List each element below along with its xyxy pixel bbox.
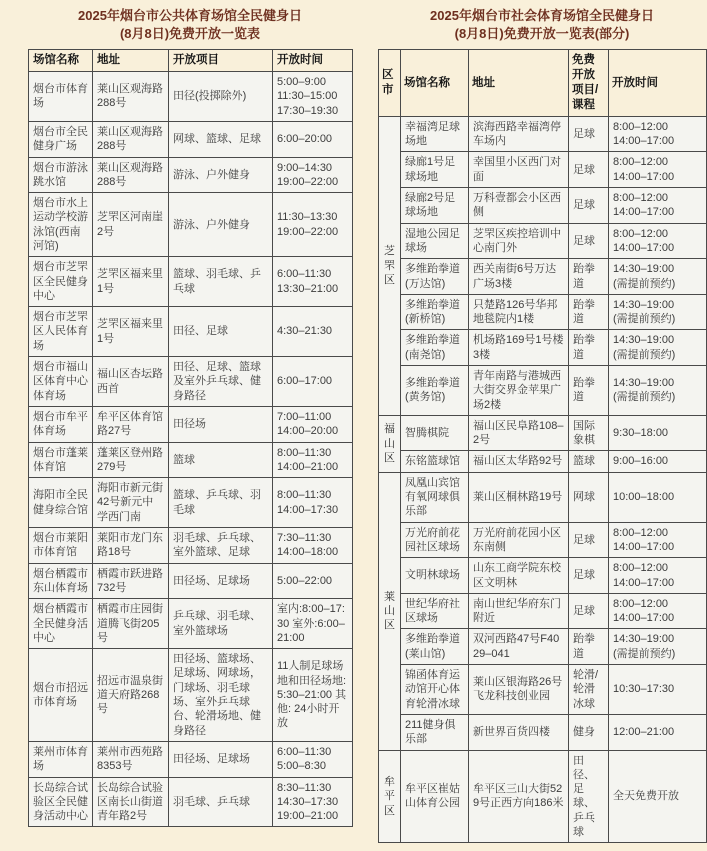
table-cell: 乒乓球、羽毛球、室外篮球场	[169, 599, 273, 649]
table-cell: 凤凰山宾馆有氧网球俱乐部	[401, 472, 469, 522]
table-row: 湿地公园足球场芝罘区疾控培训中心南门外足球8:00–12:00 14:00–17…	[379, 223, 707, 259]
table-cell: 篮球	[169, 442, 273, 478]
table-cell: 烟台栖霞市全民健身活中心	[29, 599, 93, 649]
table-cell: 烟台市水上运动学校游泳馆(西南河馆)	[29, 193, 93, 257]
social-venues-title-line1: 2025年烟台市社会体育场馆全民健身日	[378, 7, 706, 25]
table-cell: 双河西路47号F4029–041	[469, 629, 569, 665]
table-row: 烟台市体育场莱山区观海路288号田径(投掷除外)5:00–9:00 11:30–…	[29, 72, 353, 122]
table-cell: 田径场	[169, 406, 273, 442]
table-row: 绿廊1号足球场地幸国里小区西门对面足球8:00–12:00 14:00–17:0…	[379, 152, 707, 188]
table-cell: 万科壹都会小区西侧	[469, 188, 569, 224]
table-cell: 海阳市全民健身综合馆	[29, 478, 93, 528]
public-venues-title: 2025年烟台市公共体育场馆全民健身日 (8月8日)免费开放一览表	[28, 7, 352, 42]
table-row: 烟台市全民健身广场莱山区观海路288号网球、篮球、足球6:00–20:00	[29, 121, 353, 157]
table-cell: 新世界百货四楼	[469, 714, 569, 750]
table-row: 烟台市莱阳市体育馆莱阳市龙门东路18号羽毛球、乒乓球、室外篮球、足球7:30–1…	[29, 528, 353, 564]
table-cell: 只楚路126号华邦地毯院内1楼	[469, 294, 569, 330]
table-cell: 烟台市蓬莱体育馆	[29, 442, 93, 478]
table-cell: 莱山区观海路288号	[93, 121, 169, 157]
table-cell: 5:00–22:00	[273, 563, 353, 599]
table-cell: 游泳、户外健身	[169, 157, 273, 193]
table-cell: 田径场、足球场	[169, 563, 273, 599]
table-row: 东铭篮球馆福山区太华路92号篮球9:00–16:00	[379, 451, 707, 472]
table-cell: 14:30–19:00 (需提前预约)	[609, 294, 707, 330]
table-row: 长岛综合试验区全民健身活动中心长岛综合试验区南长山街道青年路2号羽毛球、乒乓球8…	[29, 777, 353, 827]
table-cell: 莱山区银海路26号飞龙科技创业园	[469, 665, 569, 715]
district-label: 芝罘区	[379, 116, 401, 415]
table-cell: 万光府前花园社区球场	[401, 522, 469, 558]
table-cell: 国际象棋	[569, 415, 609, 451]
table-cell: 网球、篮球、足球	[169, 121, 273, 157]
table-row: 莱山区凤凰山宾馆有氧网球俱乐部莱山区桐林路19号网球10:00–18:00	[379, 472, 707, 522]
column-header-address: 地址	[93, 50, 169, 72]
table-cell: 9:00–16:00	[609, 451, 707, 472]
table-cell: 多维跆拳道(黄务馆)	[401, 366, 469, 416]
column-header-venue: 场馆名称	[29, 50, 93, 72]
table-cell: 多维跆拳道(新桥馆)	[401, 294, 469, 330]
table-cell: 7:30–11:30 14:00–18:00	[273, 528, 353, 564]
table-cell: 8:00–12:00 14:00–17:00	[609, 116, 707, 152]
table-cell: 14:30–19:00 (需提前预约)	[609, 330, 707, 366]
table-cell: 智腾棋院	[401, 415, 469, 451]
table-cell: 莱山区桐林路19号	[469, 472, 569, 522]
district-label: 福山区	[379, 415, 401, 472]
table-cell: 游泳、户外健身	[169, 193, 273, 257]
table-cell: 羽毛球、乒乓球、室外篮球、足球	[169, 528, 273, 564]
table-cell: 湿地公园足球场	[401, 223, 469, 259]
table-cell: 烟台市莱阳市体育馆	[29, 528, 93, 564]
table-cell: 足球	[569, 223, 609, 259]
table-cell: 芝罘区疾控培训中心南门外	[469, 223, 569, 259]
table-row: 烟台市蓬莱体育馆蓬莱区登州路279号篮球8:00–11:30 14:00–21:…	[29, 442, 353, 478]
table-cell: 西关南街6号万达广场3楼	[469, 259, 569, 295]
table-header-row: 场馆名称 地址 开放项目 开放时间	[29, 50, 353, 72]
social-venues-panel: 2025年烟台市社会体育场馆全民健身日 (8月8日)免费开放一览表(部分) 区市…	[378, 5, 706, 843]
table-row: 烟台市福山区体育中心体育场福山区杏坛路西首田径、足球、篮球及室外乒乓球、健身路径…	[29, 357, 353, 407]
table-cell: 烟台市游泳跳水馆	[29, 157, 93, 193]
table-cell: 幸国里小区西门对面	[469, 152, 569, 188]
table-cell: 幸福湾足球场地	[401, 116, 469, 152]
column-header-items: 开放项目	[169, 50, 273, 72]
column-header-venue: 场馆名称	[401, 50, 469, 117]
table-cell: 招远市温泉街道天府路268号	[93, 649, 169, 742]
table-cell: 栖霞市庄园街道腾飞街205号	[93, 599, 169, 649]
table-row: 多维跆拳道(莱山馆)双河西路47号F4029–041跆拳道14:30–19:00…	[379, 629, 707, 665]
table-cell: 篮球、羽毛球、乒乓球	[169, 257, 273, 307]
table-cell: 田径、足球、篮球及室外乒乓球、健身路径	[169, 357, 273, 407]
table-row: 烟台市牟平体育场牟平区体育馆路27号田径场7:00–11:00 14:00–20…	[29, 406, 353, 442]
table-cell: 10:00–18:00	[609, 472, 707, 522]
social-venues-title: 2025年烟台市社会体育场馆全民健身日 (8月8日)免费开放一览表(部分)	[378, 7, 706, 42]
table-cell: 田径、足球	[169, 307, 273, 357]
public-venues-panel: 2025年烟台市公共体育场馆全民健身日 (8月8日)免费开放一览表 场馆名称 地…	[28, 5, 352, 827]
column-header-items: 免费开放项目/课程	[569, 50, 609, 117]
table-cell: 6:00–11:30 5:00–8:30	[273, 741, 353, 777]
table-cell: 211健身俱乐部	[401, 714, 469, 750]
table-cell: 8:00–12:00 14:00–17:00	[609, 593, 707, 629]
table-cell: 轮滑/轮滑冰球	[569, 665, 609, 715]
table-cell: 烟台市福山区体育中心体育场	[29, 357, 93, 407]
table-cell: 世纪华府社区球场	[401, 593, 469, 629]
table-cell: 机场路169号1号楼3楼	[469, 330, 569, 366]
table-cell: 足球	[569, 593, 609, 629]
table-cell: 莱山区观海路288号	[93, 72, 169, 122]
table-cell: 芝罘区福来里1号	[93, 307, 169, 357]
table-cell: 芝罘区河南崖2号	[93, 193, 169, 257]
table-cell: 足球	[569, 116, 609, 152]
table-cell: 牟平区体育馆路27号	[93, 406, 169, 442]
table-cell: 跆拳道	[569, 294, 609, 330]
table-cell: 5:00–9:00 11:30–15:00 17:30–19:30	[273, 72, 353, 122]
table-cell: 南山世纪华府东门附近	[469, 593, 569, 629]
table-row: 海阳市全民健身综合馆海阳市新元街42号新元中学西门南篮球、乒乓球、羽毛球8:00…	[29, 478, 353, 528]
table-cell: 8:00–11:30 14:00–17:30	[273, 478, 353, 528]
table-cell: 烟台市招远市体育场	[29, 649, 93, 742]
table-row: 福山区智腾棋院福山区民阜路108–2号国际象棋9:30–18:00	[379, 415, 707, 451]
table-cell: 8:00–12:00 14:00–17:00	[609, 558, 707, 594]
public-venues-table: 场馆名称 地址 开放项目 开放时间 烟台市体育场莱山区观海路288号田径(投掷除…	[28, 49, 353, 827]
table-cell: 多维跆拳道(万达馆)	[401, 259, 469, 295]
table-cell: 10:30–17:30	[609, 665, 707, 715]
table-row: 万光府前花园社区球场万光府前花园小区东南侧足球8:00–12:00 14:00–…	[379, 522, 707, 558]
table-cell: 芝罘区福来里1号	[93, 257, 169, 307]
table-cell: 8:00–11:30 14:00–21:00	[273, 442, 353, 478]
page: 2025年烟台市公共体育场馆全民健身日 (8月8日)免费开放一览表 场馆名称 地…	[0, 0, 707, 851]
table-cell: 健身	[569, 714, 609, 750]
table-cell: 篮球、乒乓球、羽毛球	[169, 478, 273, 528]
table-cell: 莱阳市龙门东路18号	[93, 528, 169, 564]
table-cell: 6:00–17:00	[273, 357, 353, 407]
table-cell: 田径、足球、乒乓球	[569, 750, 609, 843]
table-cell: 6:00–11:30 13:30–21:00	[273, 257, 353, 307]
table-cell: 烟台栖霞市东山体育场	[29, 563, 93, 599]
table-cell: 室内:8:00–17:30 室外:6:00–21:00	[273, 599, 353, 649]
table-row: 211健身俱乐部新世界百货四楼健身12:00–21:00	[379, 714, 707, 750]
table-cell: 长岛综合试验区全民健身活动中心	[29, 777, 93, 827]
table-cell: 莱州市西苑路8353号	[93, 741, 169, 777]
table-cell: 烟台市芝罘区全民健身中心	[29, 257, 93, 307]
table-cell: 烟台市全民健身广场	[29, 121, 93, 157]
table-cell: 福山区太华路92号	[469, 451, 569, 472]
table-row: 烟台市水上运动学校游泳馆(西南河馆)芝罘区河南崖2号游泳、户外健身11:30–1…	[29, 193, 353, 257]
table-cell: 东铭篮球馆	[401, 451, 469, 472]
table-cell: 多维跆拳道(南尧馆)	[401, 330, 469, 366]
table-row: 多维跆拳道(万达馆)西关南街6号万达广场3楼跆拳道14:30–19:00 (需提…	[379, 259, 707, 295]
public-venues-title-line2: (8月8日)免费开放一览表	[28, 25, 352, 43]
table-row: 莱州市体育场莱州市西苑路8353号田径场、足球场6:00–11:30 5:00–…	[29, 741, 353, 777]
table-cell: 烟台市牟平体育场	[29, 406, 93, 442]
table-cell: 足球	[569, 522, 609, 558]
table-cell: 14:30–19:00 (需提前预约)	[609, 629, 707, 665]
table-row: 烟台市招远市体育场招远市温泉街道天府路268号田径场、篮球场、足球场、网球场，门…	[29, 649, 353, 742]
public-venues-title-line1: 2025年烟台市公共体育场馆全民健身日	[28, 7, 352, 25]
table-cell: 福山区杏坛路西首	[93, 357, 169, 407]
table-cell: 牟平区崔姑山体育公园	[401, 750, 469, 843]
table-cell: 烟台市芝罘区人民体育场	[29, 307, 93, 357]
social-venues-title-line2: (8月8日)免费开放一览表(部分)	[378, 25, 706, 43]
table-cell: 跆拳道	[569, 629, 609, 665]
table-cell: 网球	[569, 472, 609, 522]
table-row: 烟台栖霞市东山体育场栖霞市跃进路732号田径场、足球场5:00–22:00	[29, 563, 353, 599]
table-row: 烟台市芝罘区全民健身中心芝罘区福来里1号篮球、羽毛球、乒乓球6:00–11:30…	[29, 257, 353, 307]
table-header-row: 区市 场馆名称 地址 免费开放项目/课程 开放时间	[379, 50, 707, 117]
column-header-hours: 开放时间	[609, 50, 707, 117]
table-cell: 福山区民阜路108–2号	[469, 415, 569, 451]
table-cell: 8:30–11:30 14:30–17:30 19:00–21:00	[273, 777, 353, 827]
table-cell: 锦函体育运动馆开心体育轮滑冰球	[401, 665, 469, 715]
table-cell: 蓬莱区登州路279号	[93, 442, 169, 478]
table-cell: 文明林球场	[401, 558, 469, 594]
table-cell: 足球	[569, 152, 609, 188]
table-cell: 海阳市新元街42号新元中学西门南	[93, 478, 169, 528]
table-cell: 田径场、足球场	[169, 741, 273, 777]
table-cell: 滨海西路幸福湾停车场内	[469, 116, 569, 152]
table-row: 锦函体育运动馆开心体育轮滑冰球莱山区银海路26号飞龙科技创业园轮滑/轮滑冰球10…	[379, 665, 707, 715]
table-cell: 4:30–21:30	[273, 307, 353, 357]
table-cell: 14:30–19:00 (需提前预约)	[609, 366, 707, 416]
table-cell: 跆拳道	[569, 330, 609, 366]
table-cell: 9:00–14:30 19:00–22:00	[273, 157, 353, 193]
table-row: 多维跆拳道(黄务馆)青年南路与港城西大街交界金苹果广场2楼跆拳道14:30–19…	[379, 366, 707, 416]
table-row: 多维跆拳道(南尧馆)机场路169号1号楼3楼跆拳道14:30–19:00 (需提…	[379, 330, 707, 366]
table-cell: 莱山区观海路288号	[93, 157, 169, 193]
table-cell: 田径(投掷除外)	[169, 72, 273, 122]
district-label: 牟平区	[379, 750, 401, 843]
table-cell: 9:30–18:00	[609, 415, 707, 451]
column-header-district: 区市	[379, 50, 401, 117]
table-cell: 莱州市体育场	[29, 741, 93, 777]
table-cell: 足球	[569, 188, 609, 224]
table-cell: 田径场、篮球场、足球场、网球场，门球场、羽毛球场、室外乒乓球台、轮滑场地、健身路…	[169, 649, 273, 742]
table-cell: 7:00–11:00 14:00–20:00	[273, 406, 353, 442]
table-cell: 8:00–12:00 14:00–17:00	[609, 152, 707, 188]
table-cell: 14:30–19:00 (需提前预约)	[609, 259, 707, 295]
table-cell: 烟台市体育场	[29, 72, 93, 122]
table-cell: 跆拳道	[569, 366, 609, 416]
table-cell: 绿廊1号足球场地	[401, 152, 469, 188]
table-cell: 羽毛球、乒乓球	[169, 777, 273, 827]
table-cell: 11人制足球场地和田径场地: 5:30–21:00 其他: 24小时开放	[273, 649, 353, 742]
table-row: 烟台市游泳跳水馆莱山区观海路288号游泳、户外健身9:00–14:30 19:0…	[29, 157, 353, 193]
column-header-hours: 开放时间	[273, 50, 353, 72]
table-cell: 全天免费开放	[609, 750, 707, 843]
table-cell: 跆拳道	[569, 259, 609, 295]
table-cell: 8:00–12:00 14:00–17:00	[609, 522, 707, 558]
table-row: 多维跆拳道(新桥馆)只楚路126号华邦地毯院内1楼跆拳道14:30–19:00 …	[379, 294, 707, 330]
table-row: 文明林球场山东工商学院东校区文明林足球8:00–12:00 14:00–17:0…	[379, 558, 707, 594]
table-cell: 山东工商学院东校区文明林	[469, 558, 569, 594]
table-cell: 8:00–12:00 14:00–17:00	[609, 223, 707, 259]
table-cell: 牟平区三山大街529号正西方向186米	[469, 750, 569, 843]
table-row: 烟台栖霞市全民健身活中心栖霞市庄园街道腾飞街205号乒乓球、羽毛球、室外篮球场室…	[29, 599, 353, 649]
district-label: 莱山区	[379, 472, 401, 750]
table-cell: 8:00–12:00 14:00–17:00	[609, 188, 707, 224]
table-cell: 栖霞市跃进路732号	[93, 563, 169, 599]
table-row: 绿廊2号足球场地万科壹都会小区西侧足球8:00–12:00 14:00–17:0…	[379, 188, 707, 224]
column-header-address: 地址	[469, 50, 569, 117]
table-cell: 长岛综合试验区南长山街道青年路2号	[93, 777, 169, 827]
social-venues-table: 区市 场馆名称 地址 免费开放项目/课程 开放时间 芝罘区幸福湾足球场地滨海西路…	[378, 49, 707, 843]
table-row: 世纪华府社区球场南山世纪华府东门附近足球8:00–12:00 14:00–17:…	[379, 593, 707, 629]
table-cell: 多维跆拳道(莱山馆)	[401, 629, 469, 665]
table-cell: 篮球	[569, 451, 609, 472]
table-cell: 足球	[569, 558, 609, 594]
table-cell: 绿廊2号足球场地	[401, 188, 469, 224]
table-cell: 11:30–13:30 19:00–22:00	[273, 193, 353, 257]
table-cell: 12:00–21:00	[609, 714, 707, 750]
table-cell: 6:00–20:00	[273, 121, 353, 157]
table-row: 芝罘区幸福湾足球场地滨海西路幸福湾停车场内足球8:00–12:00 14:00–…	[379, 116, 707, 152]
table-row: 烟台市芝罘区人民体育场芝罘区福来里1号田径、足球4:30–21:30	[29, 307, 353, 357]
table-row: 牟平区牟平区崔姑山体育公园牟平区三山大街529号正西方向186米田径、足球、乒乓…	[379, 750, 707, 843]
table-cell: 万光府前花园小区东南侧	[469, 522, 569, 558]
table-cell: 青年南路与港城西大街交界金苹果广场2楼	[469, 366, 569, 416]
